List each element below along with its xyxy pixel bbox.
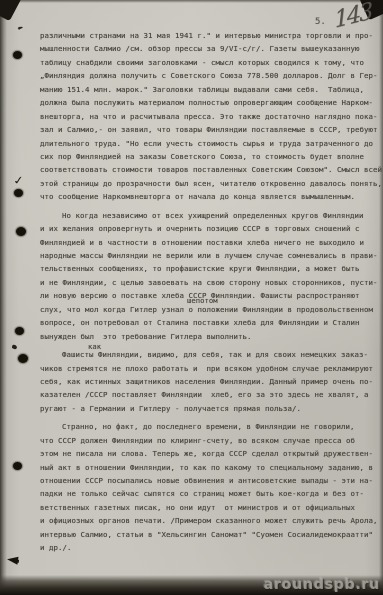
document-line: соответствовать стоимости товаров постав… (40, 163, 376, 176)
document-line: Фашисты Финляндии, видимо, для себя, так… (40, 348, 376, 361)
document-line: и не Финляндии, с целью завоевать на сво… (40, 276, 376, 289)
document-line: сих пор Финляндией на заказы Советского … (40, 150, 376, 163)
document-line: Странно, но факт, до последнего времени,… (40, 420, 376, 433)
arrow-mark-icon (6, 555, 18, 564)
document-line: таблицу снабдили своими заголовками - см… (40, 56, 376, 69)
document-line: этой страницы до прозрачности был ясен, … (40, 177, 376, 190)
document-line: различными странами на 31 мая 1941 г." и… (40, 29, 376, 42)
document-line: казателен /СССР поставляет Финляндии хле… (40, 388, 376, 401)
punch-hole (18, 354, 28, 363)
watermark: aroundspb.ru (264, 577, 380, 593)
document-line: что сообщение Наркомвнешторга от начала … (40, 190, 376, 203)
document-line: ный акт в отношении Финляндии, то как по… (40, 461, 376, 474)
scan-edge-right (379, 0, 383, 595)
document-line: должна была послужить материалом полност… (40, 96, 376, 109)
punch-hole (13, 462, 22, 470)
interlinear-insertion: шепотом (187, 297, 218, 305)
punch-hole (15, 327, 24, 335)
ink-dot-icon (11, 344, 17, 349)
text-block: различными странами на 31 мая 1941 г." и… (40, 29, 376, 555)
scan-edge-top (0, 0, 383, 3)
typed-page-number: 5. (315, 17, 326, 27)
document-line: что СССР должен Финляндии по клиринг-сче… (40, 434, 376, 447)
document-line: ругают - а Германии и Гитлеру - получает… (40, 402, 376, 415)
document-line: падки не только сейчас сыпятся со страни… (40, 487, 376, 500)
document-line: „Финляндия должна получить с Советского … (40, 69, 376, 82)
interlinear-insertion: как (88, 343, 101, 351)
document-line: чиков стремятся не плохо работать и при … (40, 362, 376, 375)
document-line: внешторга, на что и расчитывала пресса. … (40, 110, 376, 123)
document-line: себя, как истинных защитников населения … (40, 375, 376, 388)
document-line: и др./. (40, 541, 376, 554)
punch-hole (14, 189, 23, 197)
document-line: длительного труда. "Но если учесть стоим… (40, 137, 376, 150)
punch-hole (16, 227, 26, 236)
document-line: манию 151.4 млн. марок." Заголовки табли… (40, 83, 376, 96)
document-line: отношении СССР посыпались новые обвинени… (40, 474, 376, 487)
scan-edge-left (0, 0, 7, 595)
scanned-document-page: 5. 143 различными странами на 31 мая 194… (0, 0, 383, 595)
scan-corner-top-left (0, 0, 22, 21)
document-line: этом не писала ни слова. Теперь же, когд… (40, 447, 376, 460)
document-line: Финляндией и в частности в отношении пос… (40, 236, 376, 249)
document-line: мышленности Салмио /см. обзор прессы за … (40, 42, 376, 55)
document-line: слух, что мол когда Гитлер узнал о полож… (40, 303, 376, 316)
document-line: вопросе, он потребовал от Сталина постав… (40, 316, 376, 329)
check-mark-icon: ✓ (12, 173, 25, 187)
document-line: интервью Салмио, статьи в "Хельсингин Са… (40, 528, 376, 541)
document-line: и официозных органов печати. /Примером с… (40, 514, 376, 527)
document-line: и их желания опровергнуть и очернить поз… (40, 222, 376, 235)
document-line: народные массы Финляндии не верили или в… (40, 249, 376, 262)
punch-hole (13, 51, 22, 59)
document-line: Но когда независимо от всех ухищрений оп… (40, 209, 376, 222)
document-line: ветственных газетных писак, но они идут … (40, 501, 376, 514)
document-line: зал и Салмио,- он заявил, что товары Фин… (40, 123, 376, 136)
ink-squiggle-icon: , (10, 23, 25, 36)
document-line: тельственных сообщениях, то профашистски… (40, 262, 376, 275)
